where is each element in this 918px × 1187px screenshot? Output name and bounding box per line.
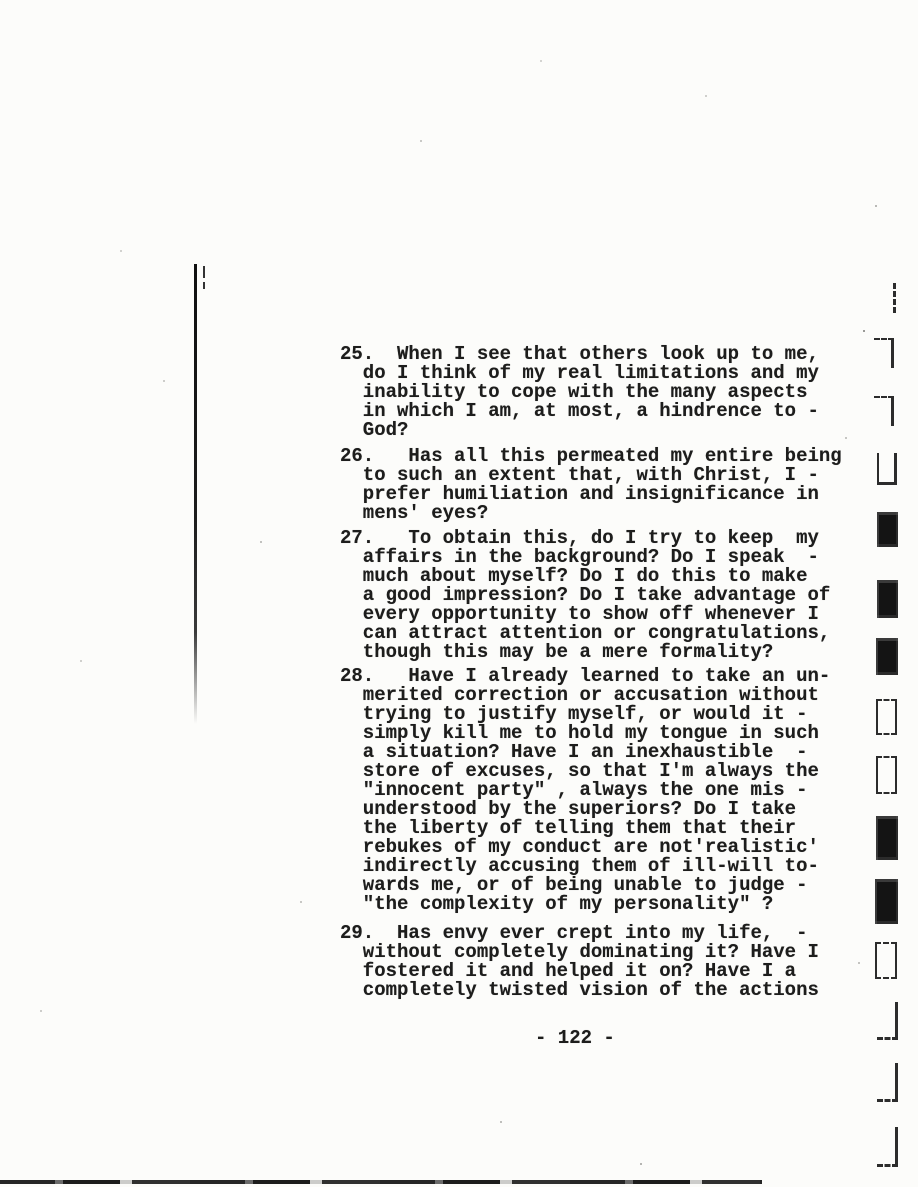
binding-mark — [876, 756, 897, 794]
scan-tick-mark — [203, 266, 205, 278]
question-paragraph-25: 25. When I see that others look up to me… — [340, 345, 819, 440]
binding-mark — [877, 1002, 898, 1040]
scanned-document-page: 25. When I see that others look up to me… — [0, 0, 918, 1187]
question-paragraph-29: 29. Has envy ever crept into my life, - … — [340, 924, 819, 1000]
binding-mark — [875, 942, 897, 979]
binding-mark — [875, 879, 898, 924]
scan-noise — [0, 0, 2, 2]
question-paragraph-27: 27. To obtain this, do I try to keep my … — [340, 529, 830, 662]
binding-mark — [877, 580, 898, 618]
binding-mark — [888, 283, 896, 313]
page-number: - 122 - — [535, 1029, 615, 1048]
scan-crease-line — [194, 264, 197, 724]
binding-mark — [874, 396, 894, 426]
binding-mark — [874, 338, 894, 368]
question-paragraph-26: 26. Has all this permeated my entire bei… — [340, 447, 842, 523]
binding-mark — [876, 638, 898, 675]
scan-tick-mark — [203, 282, 205, 289]
question-paragraph-28: 28. Have I already learned to take an un… — [340, 667, 830, 914]
binding-mark — [877, 453, 897, 485]
binding-mark — [877, 1063, 898, 1102]
binding-mark — [876, 699, 897, 735]
scan-bottom-edge — [0, 1180, 762, 1184]
binding-mark — [877, 512, 898, 547]
binding-mark — [877, 1127, 898, 1167]
binding-mark — [876, 816, 898, 860]
